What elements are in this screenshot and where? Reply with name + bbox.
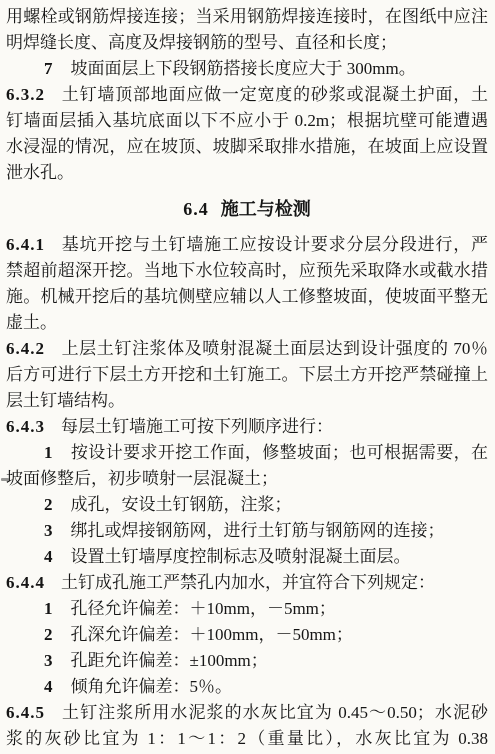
- clause-number: 2: [44, 495, 53, 514]
- line-text: 上层土钉注浆体及喷射混凝土面层达到设计强度的 70％: [61, 339, 488, 358]
- line-text: 施。机械开挖后的基坑侧壁应辅以人工修整坡面，使坡面平整无: [6, 287, 488, 306]
- line-text: 基坑开挖与土钉墙施工应按设计要求分层分段进行，严: [61, 235, 488, 254]
- text-line: 2成孔，安设土钉钢筋，注浆；: [6, 492, 488, 518]
- document-page: 用螺栓或钢筋焊接连接；当采用钢筋焊接连接时，在图纸中应注明焊缝长度、高度及焊接钢…: [0, 0, 495, 754]
- text-line: 明焊缝长度、高度及焊接钢筋的型号、直径和长度；: [6, 30, 488, 56]
- line-text: 设置土钉墙厚度控制标志及喷射混凝土面层。: [71, 547, 411, 566]
- text-line: 6.4.5土钉注浆所用水泥浆的水灰比宜为 0.45～0.50；水泥砂: [6, 700, 488, 726]
- clause-number: 6.4: [183, 199, 209, 219]
- line-text: 钉墙面层插入基坑底面以下不应小于 0.2m；根据坑壁可能遭遇: [6, 111, 488, 130]
- text-line: 6.4.2上层土钉注浆体及喷射混凝土面层达到设计强度的 70％: [6, 336, 488, 362]
- clause-number: 6.4.4: [6, 573, 45, 592]
- clause-number: 6.3.2: [6, 85, 45, 104]
- text-line: 4倾角允许偏差：5％。: [6, 674, 488, 700]
- line-text: 孔径允许偏差：＋10mm，－5mm；: [71, 599, 336, 618]
- line-text: 绑扎或焊接钢筋网，进行土钉筋与钢筋网的连接；: [71, 521, 445, 540]
- text-line: 1孔径允许偏差：＋10mm，－5mm；: [6, 596, 488, 622]
- clause-number: 3: [44, 651, 53, 670]
- line-text: 孔距允许偏差：±100mm；: [71, 651, 268, 670]
- text-line: 7坡面面层上下段钢筋搭接长度应大于 300mm。: [6, 56, 488, 82]
- text-line: 2孔深允许偏差：＋100mm，－50mm；: [6, 622, 488, 648]
- line-text: 用螺栓或钢筋焊接连接；当采用钢筋焊接连接时，在图纸中应注: [6, 7, 488, 26]
- clause-number: 6.4.5: [6, 703, 45, 722]
- text-line: 6.4.4土钉成孔施工严禁孔内加水，并宜符合下列规定：: [6, 570, 488, 596]
- text-line: 坡面修整后，初步喷射一层混凝土；: [6, 466, 488, 492]
- section-heading: 6.4施工与检测: [6, 196, 488, 222]
- line-text: 孔深允许偏差：＋100mm，－50mm；: [71, 625, 353, 644]
- line-text: 施工与检测: [221, 199, 311, 219]
- text-line: 1按设计要求开挖工作面，修整坡面；也可根据需要，在: [6, 440, 488, 466]
- text-line: 6.4.1基坑开挖与土钉墙施工应按设计要求分层分段进行，严: [6, 232, 488, 258]
- clause-number: 6.4.3: [6, 417, 45, 436]
- clause-number: 3: [44, 521, 53, 540]
- text-line: 3绑扎或焊接钢筋网，进行土钉筋与钢筋网的连接；: [6, 518, 488, 544]
- text-line: 泄水孔。: [6, 160, 488, 186]
- text-line: 后方可进行下层土方开挖和土钉施工。下层土方开挖严禁碰撞上: [6, 362, 488, 388]
- text-line: 3孔距允许偏差：±100mm；: [6, 648, 488, 674]
- clause-number: 4: [44, 677, 53, 696]
- line-text: 层土钉墙结构。: [6, 391, 125, 410]
- line-text: 按设计要求开挖工作面，修整坡面；也可根据需要，在: [71, 443, 489, 462]
- line-text: 成孔，安设土钉钢筋，注浆；: [71, 495, 292, 514]
- text-line: 钉墙面层插入基坑底面以下不应小于 0.2m；根据坑壁可能遭遇: [6, 108, 488, 134]
- text-line: 禁超前超深开挖。当地下水位较高时，应预先采取降水或截水措: [6, 258, 488, 284]
- scan-artifact-dash: [1, 478, 9, 481]
- text-line: 层土钉墙结构。: [6, 388, 488, 414]
- line-text: 禁超前超深开挖。当地下水位较高时，应预先采取降水或截水措: [6, 261, 488, 280]
- clause-number: 6.4.2: [6, 339, 45, 358]
- line-text: 水浸湿的情况，应在坡顶、坡脚采取排水措施，在坡面上应设置: [6, 137, 488, 156]
- line-text: 倾角允许偏差：5％。: [71, 677, 233, 696]
- text-line: 4设置土钉墙厚度控制标志及喷射混凝土面层。: [6, 544, 488, 570]
- text-line: 浆的灰砂比宜为 1：1～1：2（重量比），水灰比宜为 0.38: [6, 726, 488, 752]
- clause-number: 1: [44, 443, 53, 462]
- clause-number: 6.4.1: [6, 235, 45, 254]
- text-line: 虚土。: [6, 310, 488, 336]
- text-line: 6.4.3每层土钉墙施工可按下列顺序进行：: [6, 414, 488, 440]
- line-text: 土钉墙顶部地面应做一定宽度的砂浆或混凝土护面，土: [61, 85, 488, 104]
- clause-number: 4: [44, 547, 53, 566]
- line-text: 坡面修整后，初步喷射一层混凝土；: [6, 469, 278, 488]
- line-text: 坡面面层上下段钢筋搭接长度应大于 300mm。: [71, 59, 416, 78]
- text-line: 用螺栓或钢筋焊接连接；当采用钢筋焊接连接时，在图纸中应注: [6, 4, 488, 30]
- line-text: 泄水孔。: [6, 163, 74, 182]
- clause-number: 7: [44, 59, 53, 78]
- line-text: 土钉注浆所用水泥浆的水灰比宜为 0.45～0.50；水泥砂: [61, 703, 488, 722]
- clause-number: 2: [44, 625, 53, 644]
- line-text: 每层土钉墙施工可按下列顺序进行：: [61, 417, 333, 436]
- line-text: 后方可进行下层土方开挖和土钉施工。下层土方开挖严禁碰撞上: [6, 365, 488, 384]
- text-line: 6.3.2土钉墙顶部地面应做一定宽度的砂浆或混凝土护面，土: [6, 82, 488, 108]
- line-text: 浆的灰砂比宜为 1：1～1：2（重量比），水灰比宜为 0.38: [6, 729, 488, 748]
- line-text: 虚土。: [6, 313, 57, 332]
- text-line: 施。机械开挖后的基坑侧壁应辅以人工修整坡面，使坡面平整无: [6, 284, 488, 310]
- clause-number: 1: [44, 599, 53, 618]
- line-text: 土钉成孔施工严禁孔内加水，并宜符合下列规定：: [61, 573, 435, 592]
- line-text: 明焊缝长度、高度及焊接钢筋的型号、直径和长度；: [6, 33, 397, 52]
- text-line: 水浸湿的情况，应在坡顶、坡脚采取排水措施，在坡面上应设置: [6, 134, 488, 160]
